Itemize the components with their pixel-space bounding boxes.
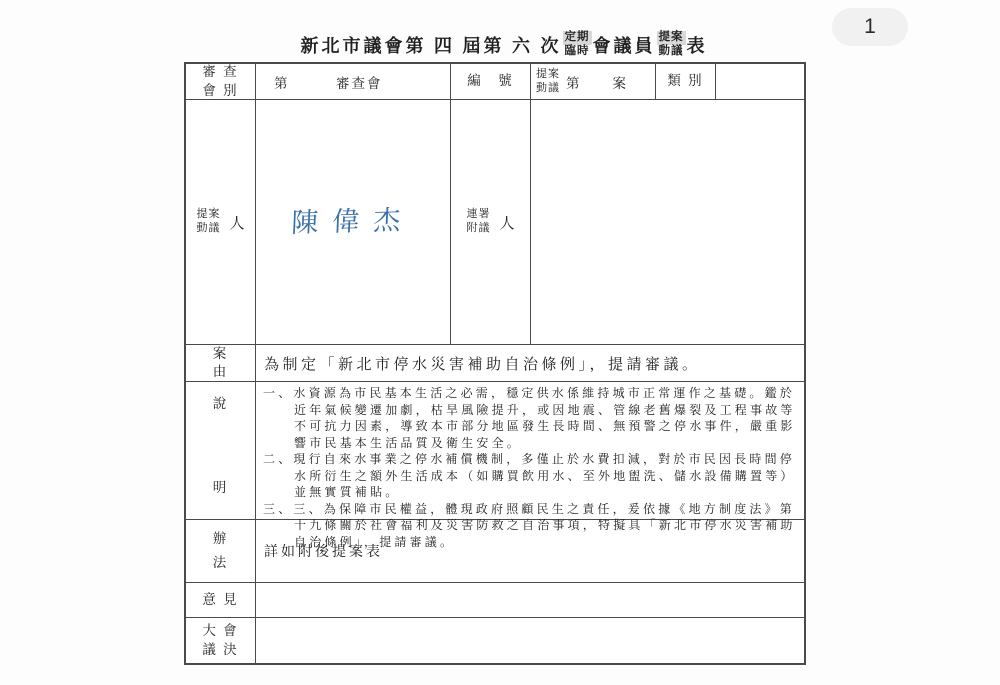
opinion-content-cell [256,583,804,617]
title-doc-type-proposal: 提案 [657,31,686,45]
page-number: 1 [864,15,876,39]
opinion-label-cell: 意 見 [186,583,256,617]
case-type-stack: 提案 動議 [536,68,560,96]
method-label-cell: 辦 法 [186,520,256,582]
proposer-person-char: 人 [229,212,244,233]
opinion-row: 意 見 [186,583,804,618]
case-type-proposal: 提案 [536,68,560,82]
method-row: 辦 法 詳如附後提案表 [186,520,804,583]
review-committee-label-line1: 審 查 [202,63,238,81]
committee-name-cell: 第 審查會 [256,64,451,99]
resolution-content-cell [256,618,804,663]
title-segment-1: 新北市議會第 四 屆第 六 次 [301,32,562,58]
opinion-label: 意 見 [202,591,238,609]
title-meeting-type-regular: 定期 [563,31,592,45]
category-label: 類 別 [667,72,703,90]
proposer-type-motion: 動議 [196,222,220,236]
explanation-content-cell: 一、水資源為市民基本生活之必需，穩定供水係維持城市正常運作之基礎。鑑於近年氣候變… [256,382,804,519]
subject-label-cell: 案 由 [186,345,256,381]
cosigner-label-cell: 連署 附議 人 [451,100,531,344]
cosigner-type-cosign: 連署 [466,208,490,222]
subject-content-cell: 為制定「新北市停水災害補助自治條例」，提請審議。 [256,345,804,381]
method-content-cell: 詳如附後提案表 [256,520,804,582]
number-label-cell: 編 號 [451,64,531,99]
document-page: 1 新北市議會第 四 屆第 六 次 定期 臨時 會議員 提案 動議 表 審 查 … [0,0,1000,685]
explanation-item-2: 二、現行自來水事業之停水補償機制，多僅止於水費扣減，對於市民因長時間停水所衍生之… [263,451,799,501]
resolution-label-line2: 議 決 [202,641,238,659]
committee-name-text: 第 審查會 [274,72,383,92]
cosigner-person-char: 人 [499,212,514,233]
title-doc-type-motion: 動議 [659,45,684,59]
explanation-label-top: 說 [213,395,229,413]
resolution-label-line1: 大 會 [202,622,238,640]
subject-label-line1: 案 [213,345,229,363]
subject-content-text: 為制定「新北市停水災害補助自治條例」，提請審議。 [264,353,701,374]
case-number-cell: 提案 動議 第 案 [531,64,656,99]
category-value-cell [716,64,804,99]
title-meeting-type-interim: 臨時 [565,45,590,59]
title-meeting-type-stack: 定期 臨時 [563,31,592,58]
proposer-label-cell: 提案 動議 人 [186,100,256,344]
case-type-motion: 動議 [536,82,560,96]
review-committee-label-line2: 會 別 [202,82,238,100]
review-committee-label-cell: 審 查 會 別 [186,64,256,99]
category-label-cell: 類 別 [656,64,716,99]
explanation-item-1: 一、水資源為市民基本生活之必需，穩定供水係維持城市正常運作之基礎。鑑於近年氣候變… [263,385,799,451]
proposer-type-proposal: 提案 [196,208,220,222]
document-title: 新北市議會第 四 屆第 六 次 定期 臨時 會議員 提案 動議 表 [184,28,824,62]
resolution-row: 大 會 議 決 [186,618,804,663]
subject-row: 案 由 為制定「新北市停水災害補助自治條例」，提請審議。 [186,345,804,382]
explanation-row: 說 明 一、水資源為市民基本生活之必需，穩定供水係維持城市正常運作之基礎。鑑於近… [186,382,804,520]
explanation-label-bottom: 明 [213,479,229,497]
method-label-bottom: 法 [213,554,229,572]
proposal-form-table: 審 查 會 別 第 審查會 編 號 提案 動議 第 案 類 別 [184,62,806,665]
explanation-label-cell: 說 明 [186,382,256,519]
cosigner-type-second: 附議 [466,222,490,236]
cosigner-type-stack: 連署 附議 [466,208,490,236]
resolution-label-cell: 大 會 議 決 [186,618,256,663]
proposer-signature: 陳偉杰 [291,198,416,240]
subject-label-line2: 由 [213,363,229,381]
method-content-text: 詳如附後提案表 [264,541,383,561]
cosigner-signature-cell [531,100,804,344]
proposer-signature-cell: 陳偉杰 [256,100,451,344]
title-segment-2: 會議員 [593,32,656,58]
header-row: 審 查 會 別 第 審查會 編 號 提案 動議 第 案 類 別 [186,64,804,100]
title-doc-type-stack: 提案 動議 [657,31,686,58]
case-number-text: 第 案 [566,72,628,92]
proposer-type-stack: 提案 動議 [196,208,220,236]
method-label-top: 辦 [213,530,229,548]
proposer-row: 提案 動議 人 陳偉杰 連署 附議 人 [186,100,804,345]
number-label: 編 號 [467,72,514,90]
page-number-badge: 1 [832,8,908,46]
title-segment-3: 表 [687,32,708,58]
